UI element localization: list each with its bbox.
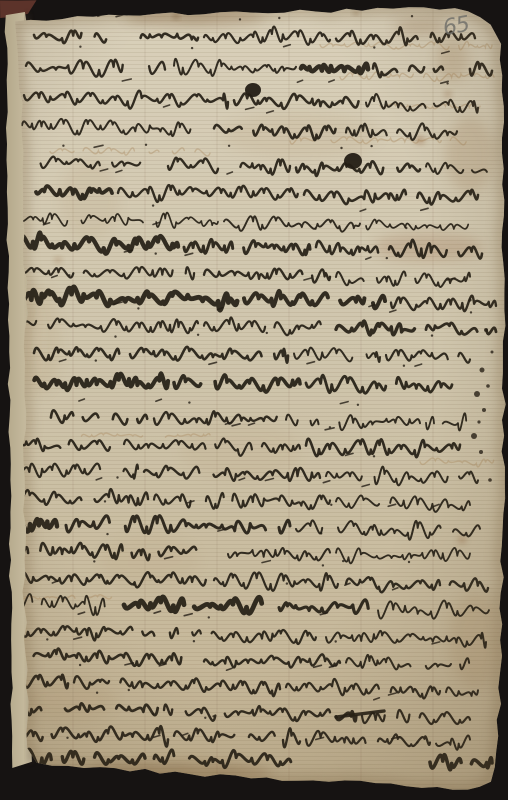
manuscript-page-canvas (0, 0, 508, 800)
vignette-overlay (0, 0, 508, 800)
manuscript-photo: 65 (0, 0, 508, 800)
folio-number: 65 (441, 12, 471, 41)
